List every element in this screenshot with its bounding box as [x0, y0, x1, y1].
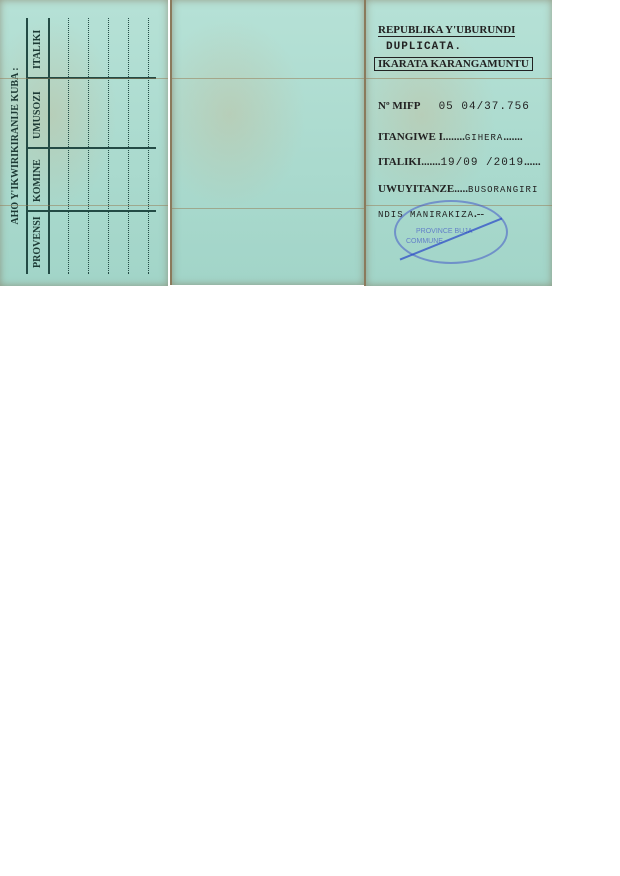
fold-line: [0, 205, 168, 206]
address-table-title: AHO Y'IKWIRIKIRANIJE KUBA :: [10, 18, 21, 274]
field-issued-at: ITANGIWE I........GIHERA.......: [378, 131, 523, 143]
field-date: ITALIKI.......19/09 /2019......: [378, 156, 541, 169]
field-mifp: Nº MIFP 05 04/37.756: [378, 100, 530, 113]
fold-line: [366, 78, 552, 79]
card-type-title: IKARATA KARANGAMUNTU: [374, 57, 533, 71]
table-row: [128, 18, 129, 274]
field-value: 05 04/37.756: [439, 101, 530, 113]
field-label: ITALIKI: [378, 156, 421, 168]
field-label: UWUYITANZE: [378, 183, 454, 195]
field-value: GIHERA: [465, 133, 503, 143]
fold-line: [172, 208, 364, 209]
fold-line: [0, 78, 168, 79]
col-italiki: ITALIKI: [32, 30, 43, 69]
blank-middle-panel: [170, 0, 364, 285]
field-label: Nº MIFP: [378, 100, 420, 112]
col-umusozi: UMUSOZI: [32, 91, 43, 139]
table-divider: [26, 210, 156, 212]
id-card-front-panel: REPUBLIKA Y'UBURUNDI DUPLICATA. IKARATA …: [364, 0, 552, 286]
table-row: [68, 18, 69, 274]
table-divider: [26, 147, 156, 149]
col-provensi: PROVENSI: [32, 216, 43, 268]
field-value: 19/09 /2019: [440, 157, 524, 169]
table-rule: [26, 18, 28, 274]
republic-header: REPUBLIKA Y'UBURUNDI: [378, 24, 515, 37]
table-row: [108, 18, 109, 274]
table-rule: [48, 18, 50, 274]
address-history-panel: AHO Y'IKWIRIKIRANIJE KUBA : PROVENSI KOM…: [0, 0, 168, 286]
field-label: ITANGIWE I: [378, 131, 443, 143]
col-komine: KOMINE: [32, 159, 43, 202]
table-row: [88, 18, 89, 274]
field-value: BUSORANGIRI: [468, 185, 538, 195]
duplicate-stamp: DUPLICATA.: [386, 41, 462, 53]
field-issuer: UWUYITANZE.....BUSORANGIRI: [378, 183, 538, 195]
fold-line: [172, 78, 364, 79]
table-row: [148, 18, 149, 274]
